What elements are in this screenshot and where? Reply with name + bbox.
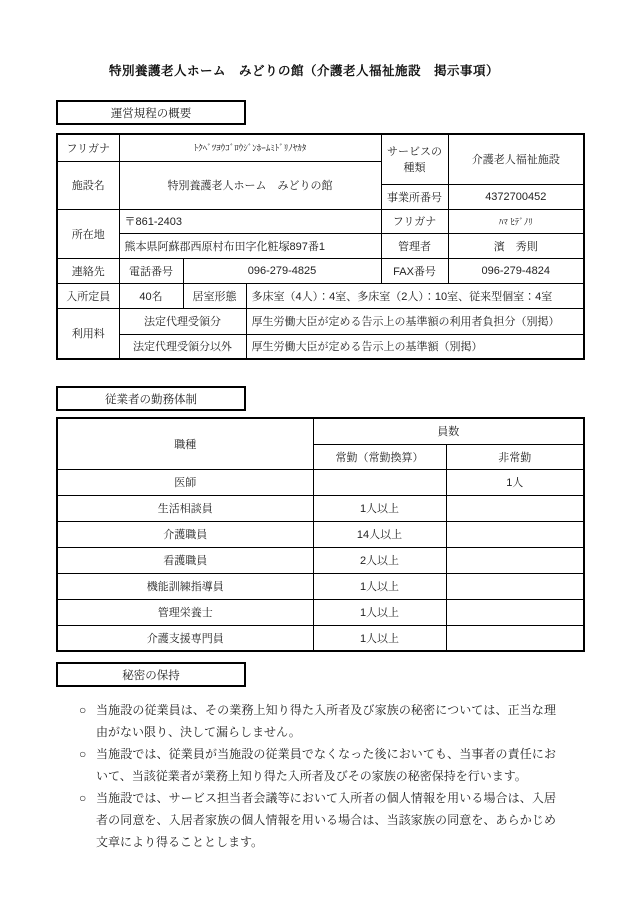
circle-bullet-icon: ○ bbox=[56, 743, 96, 765]
list-item: ○ 当施設では、従業員が当施設の従業員でなくなった後においても、当事者の責任にお… bbox=[56, 743, 580, 787]
capacity-value: 40名 bbox=[119, 283, 183, 308]
circle-bullet-icon: ○ bbox=[56, 787, 96, 809]
fulltime-cell: 2人以上 bbox=[313, 547, 446, 573]
job-cell: 看護職員 bbox=[57, 547, 313, 573]
parttime-cell bbox=[446, 625, 584, 651]
room-type-value: 多床室（4人）：4室、多床室（2人）：10室、従来型個室：4室 bbox=[246, 283, 584, 308]
job-cell: 生活相談員 bbox=[57, 495, 313, 521]
fulltime-cell: 1人以上 bbox=[313, 599, 446, 625]
table-row: 介護職員 14人以上 bbox=[57, 521, 584, 547]
fulltime-cell: 1人以上 bbox=[313, 625, 446, 651]
bullet-text: 当施設の従業員は、その業務上知り得た入所者及び家族の秘密については、正当な理由が… bbox=[96, 699, 556, 743]
address-value: 熊本県阿蘇郡西原村布田字化粧塚897番1 bbox=[119, 233, 381, 258]
fulltime-cell: 1人以上 bbox=[313, 573, 446, 599]
parttime-cell bbox=[446, 495, 584, 521]
fulltime-header: 常勤（常勤換算） bbox=[313, 444, 446, 469]
service-type-label: サービスの種類 bbox=[381, 134, 448, 184]
manager-furigana-value: ﾊﾏ ﾋﾃﾞﾉﾘ bbox=[448, 209, 584, 233]
table-row: 入所定員 40名 居室形態 多床室（4人）：4室、多床室（2人）：10室、従来型… bbox=[57, 283, 584, 308]
fee-row1-value: 厚生労働大臣が定める告示上の基準額の利用者負担分（別掲） bbox=[246, 308, 584, 334]
table-row: 生活相談員 1人以上 bbox=[57, 495, 584, 521]
contact-label: 連絡先 bbox=[57, 258, 119, 283]
table-header-row: 職種 員数 bbox=[57, 418, 584, 444]
table-row: 管理栄養士 1人以上 bbox=[57, 599, 584, 625]
bullet-text: 当施設では、従業員が当施設の従業員でなくなった後においても、当事者の責任において… bbox=[96, 743, 556, 787]
confidentiality-bullet-list: ○ 当施設の従業員は、その業務上知り得た入所者及び家族の秘密については、正当な理… bbox=[56, 699, 580, 853]
circle-bullet-icon: ○ bbox=[56, 699, 96, 721]
list-item: ○ 当施設では、サービス担当者会議等において入所者の個人情報を用いる場合は、入居… bbox=[56, 787, 580, 853]
parttime-cell bbox=[446, 521, 584, 547]
section-heading-label: 秘密の保持 bbox=[122, 667, 180, 683]
job-cell: 介護職員 bbox=[57, 521, 313, 547]
document-page: 特別養護老人ホーム みどりの館（介護老人福祉施設 掲示事項） 運営規程の概要 フ… bbox=[0, 0, 635, 898]
fee-row2-label: 法定代理受領分以外 bbox=[119, 334, 246, 359]
job-cell: 介護支援専門員 bbox=[57, 625, 313, 651]
capacity-label: 入所定員 bbox=[57, 283, 119, 308]
fulltime-cell: 1人以上 bbox=[313, 495, 446, 521]
furigana-value: ﾄｸﾍﾞﾂﾖｳｺﾞﾛｳｼﾞﾝﾎｰﾑﾐﾄﾞﾘﾉﾔｶﾀ bbox=[119, 134, 381, 161]
table-row: フリガナ ﾄｸﾍﾞﾂﾖｳｺﾞﾛｳｼﾞﾝﾎｰﾑﾐﾄﾞﾘﾉﾔｶﾀ サービスの種類 介… bbox=[57, 134, 584, 161]
page-title: 特別養護老人ホーム みどりの館（介護老人福祉施設 掲示事項） bbox=[0, 61, 608, 79]
section-heading-staffing: 従業者の勤務体制 bbox=[56, 386, 246, 411]
section-heading-label: 従業者の勤務体制 bbox=[105, 391, 197, 407]
parttime-cell bbox=[446, 573, 584, 599]
bullet-text: 当施設では、サービス担当者会議等において入所者の個人情報を用いる場合は、入居者の… bbox=[96, 787, 556, 853]
facility-name-label: 施設名 bbox=[57, 161, 119, 209]
table-row: 利用料 法定代理受領分 厚生労働大臣が定める告示上の基準額の利用者負担分（別掲） bbox=[57, 308, 584, 334]
table-row: 熊本県阿蘇郡西原村布田字化粧塚897番1 管理者 濱 秀則 bbox=[57, 233, 584, 258]
parttime-cell: 1人 bbox=[446, 469, 584, 495]
phone-value: 096-279-4825 bbox=[183, 258, 381, 283]
facility-overview-table: フリガナ ﾄｸﾍﾞﾂﾖｳｺﾞﾛｳｼﾞﾝﾎｰﾑﾐﾄﾞﾘﾉﾔｶﾀ サービスの種類 介… bbox=[56, 133, 585, 360]
parttime-cell bbox=[446, 599, 584, 625]
manager-value: 濱 秀則 bbox=[448, 233, 584, 258]
furigana-label: フリガナ bbox=[57, 134, 119, 161]
fax-value: 096-279-4824 bbox=[448, 258, 584, 283]
room-type-label: 居室形態 bbox=[183, 283, 246, 308]
table-row: 所在地 〒861-2403 フリガナ ﾊﾏ ﾋﾃﾞﾉﾘ bbox=[57, 209, 584, 233]
count-header: 員数 bbox=[313, 418, 584, 444]
fee-label: 利用料 bbox=[57, 308, 119, 359]
job-cell: 医師 bbox=[57, 469, 313, 495]
address-label: 所在地 bbox=[57, 209, 119, 258]
table-row: 連絡先 電話番号 096-279-4825 FAX番号 096-279-4824 bbox=[57, 258, 584, 283]
section-heading-label: 運営規程の概要 bbox=[111, 105, 192, 121]
fulltime-cell bbox=[313, 469, 446, 495]
fulltime-cell: 14人以上 bbox=[313, 521, 446, 547]
office-number-label: 事業所番号 bbox=[381, 184, 448, 209]
list-item: ○ 当施設の従業員は、その業務上知り得た入所者及び家族の秘密については、正当な理… bbox=[56, 699, 580, 743]
staffing-table: 職種 員数 常勤（常勤換算） 非常勤 医師 1人 生活相談員 1人以上 介護職員… bbox=[56, 417, 585, 652]
manager-furigana-label: フリガナ bbox=[381, 209, 448, 233]
facility-name-value: 特別養護老人ホーム みどりの館 bbox=[119, 161, 381, 209]
parttime-header: 非常勤 bbox=[446, 444, 584, 469]
job-cell: 機能訓練指導員 bbox=[57, 573, 313, 599]
section-heading-operation-overview: 運営規程の概要 bbox=[56, 100, 246, 125]
office-number-value: 4372700452 bbox=[448, 184, 584, 209]
job-type-header: 職種 bbox=[57, 418, 313, 469]
job-cell: 管理栄養士 bbox=[57, 599, 313, 625]
fee-row2-value: 厚生労働大臣が定める告示上の基準額（別掲） bbox=[246, 334, 584, 359]
fax-label: FAX番号 bbox=[381, 258, 448, 283]
table-row: 看護職員 2人以上 bbox=[57, 547, 584, 573]
parttime-cell bbox=[446, 547, 584, 573]
manager-label: 管理者 bbox=[381, 233, 448, 258]
service-type-value: 介護老人福祉施設 bbox=[448, 134, 584, 184]
table-row: 医師 1人 bbox=[57, 469, 584, 495]
fee-row1-label: 法定代理受領分 bbox=[119, 308, 246, 334]
section-heading-confidentiality: 秘密の保持 bbox=[56, 662, 246, 687]
phone-label: 電話番号 bbox=[119, 258, 183, 283]
table-row: 法定代理受領分以外 厚生労働大臣が定める告示上の基準額（別掲） bbox=[57, 334, 584, 359]
postal-code: 〒861-2403 bbox=[119, 209, 381, 233]
table-row: 介護支援専門員 1人以上 bbox=[57, 625, 584, 651]
table-row: 機能訓練指導員 1人以上 bbox=[57, 573, 584, 599]
